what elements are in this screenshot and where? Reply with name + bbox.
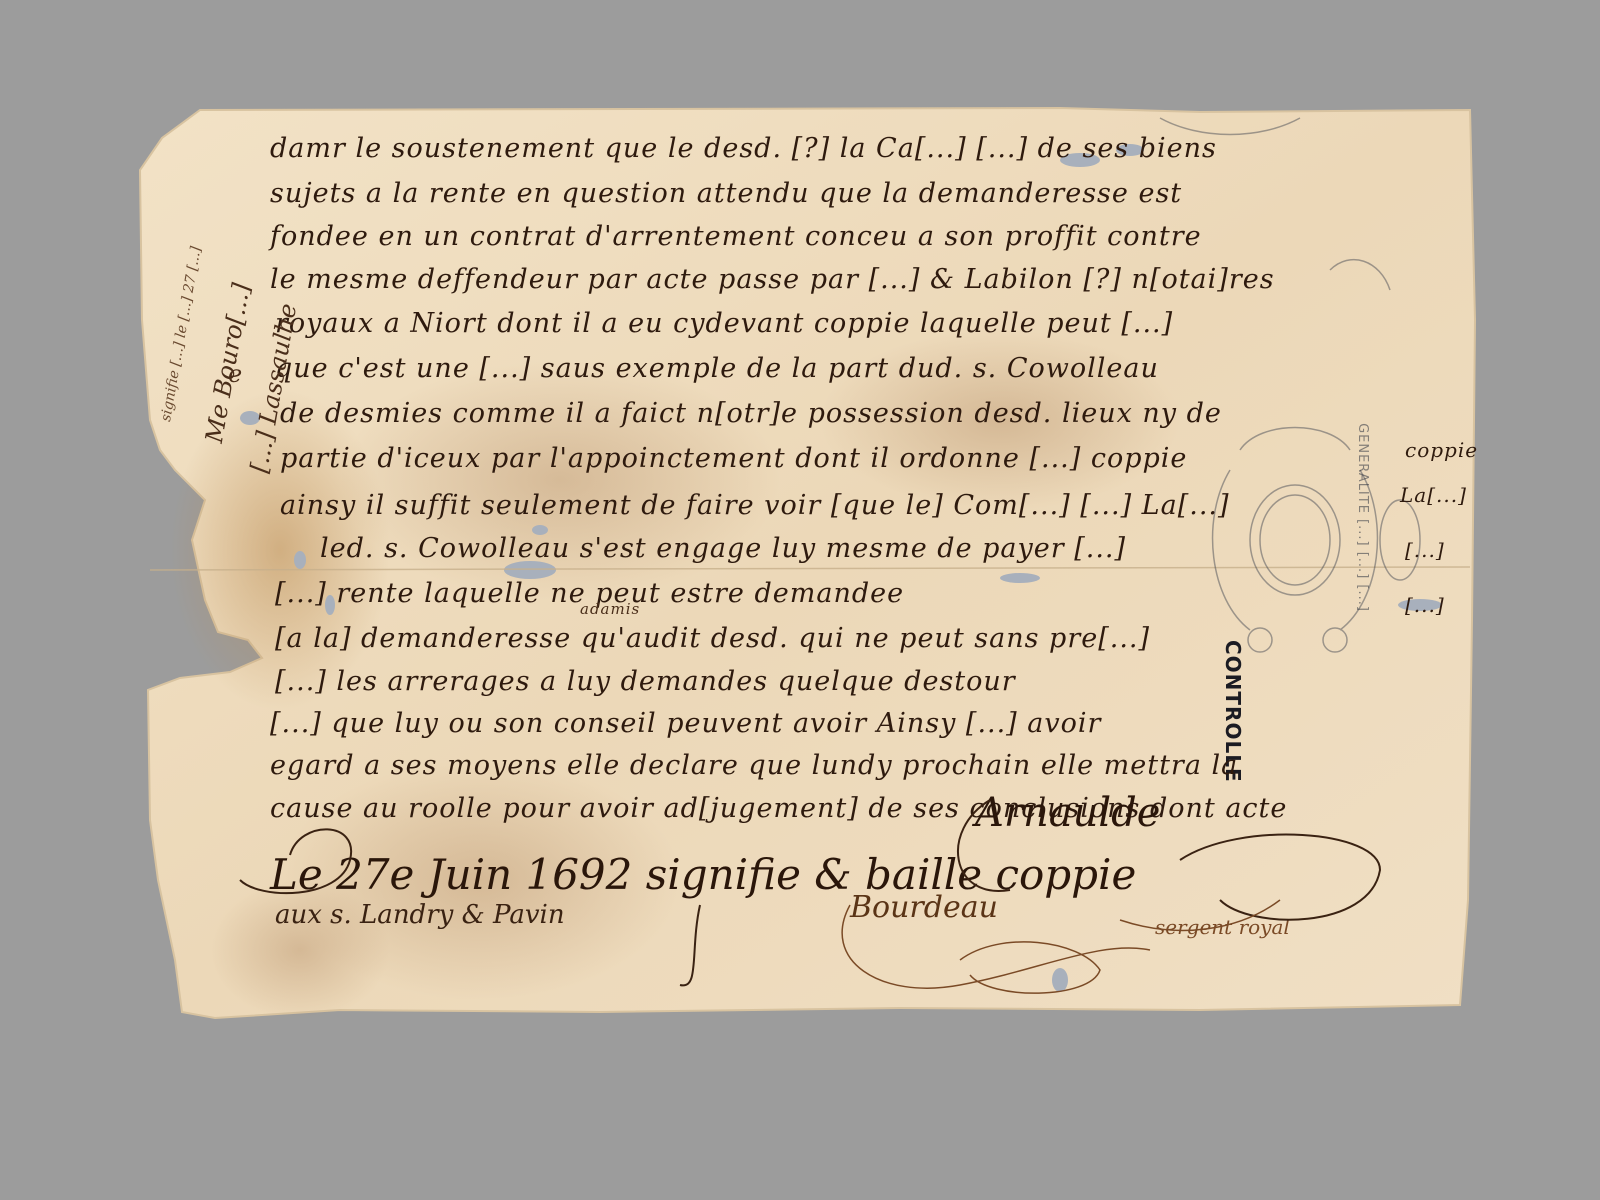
signature-secondary: Bourdeau: [850, 890, 998, 925]
text-line: [...] les arrerages a luy demandes quelq…: [275, 668, 1016, 695]
text-line: de desmies comme il a faict n[otr]e poss…: [280, 400, 1222, 427]
signature-tertiary: sergent royal: [1155, 915, 1290, 939]
tax-stamp: GENERALITE [...] [...] [...]: [1355, 423, 1370, 612]
interlinear-insertion: adamis: [580, 602, 640, 617]
manuscript-document: GENERALITE [...] [...] [...] CONTROLLE d…: [0, 0, 1600, 1200]
text-line: egard a ses moyens elle declare que lund…: [270, 752, 1238, 779]
text-line: partie d'iceux par l'appoinctement dont …: [280, 445, 1187, 472]
text-line: que c'est une [...] saus exemple de la p…: [275, 355, 1159, 382]
right-margin-fragment: [...]: [1405, 540, 1445, 560]
text-line: fondee en un contrat d'arrentement conce…: [270, 223, 1202, 250]
right-margin-fragment: coppie: [1405, 440, 1478, 460]
margin-note: e: [228, 360, 242, 388]
text-line: royaux a Niort dont il a eu cydevant cop…: [275, 310, 1173, 337]
right-margin-fragment: La[...]: [1400, 485, 1467, 505]
text-line: [...] que luy ou son conseil peuvent avo…: [270, 710, 1101, 737]
text-line: [a la] demanderesse qu'audit desd. qui n…: [275, 625, 1150, 652]
text-line: sujets a la rente en question attendu qu…: [270, 180, 1182, 207]
text-line: damr le soustenement que le desd. [?] la…: [270, 135, 1217, 162]
right-margin-fragment: [...]: [1405, 595, 1445, 615]
text-line: led. s. Cowolleau s'est engage luy mesme…: [320, 535, 1126, 562]
text-line: le mesme deffendeur par acte passe par […: [270, 266, 1275, 293]
date-line: Le 27e Juin 1692 signifie & baille coppi…: [270, 850, 1136, 899]
text-line: ainsy il suffit seulement de faire voir …: [280, 492, 1230, 519]
witness-line: aux s. Landry & Pavin: [275, 900, 565, 930]
signature-primary: Arnaulde: [975, 790, 1160, 836]
